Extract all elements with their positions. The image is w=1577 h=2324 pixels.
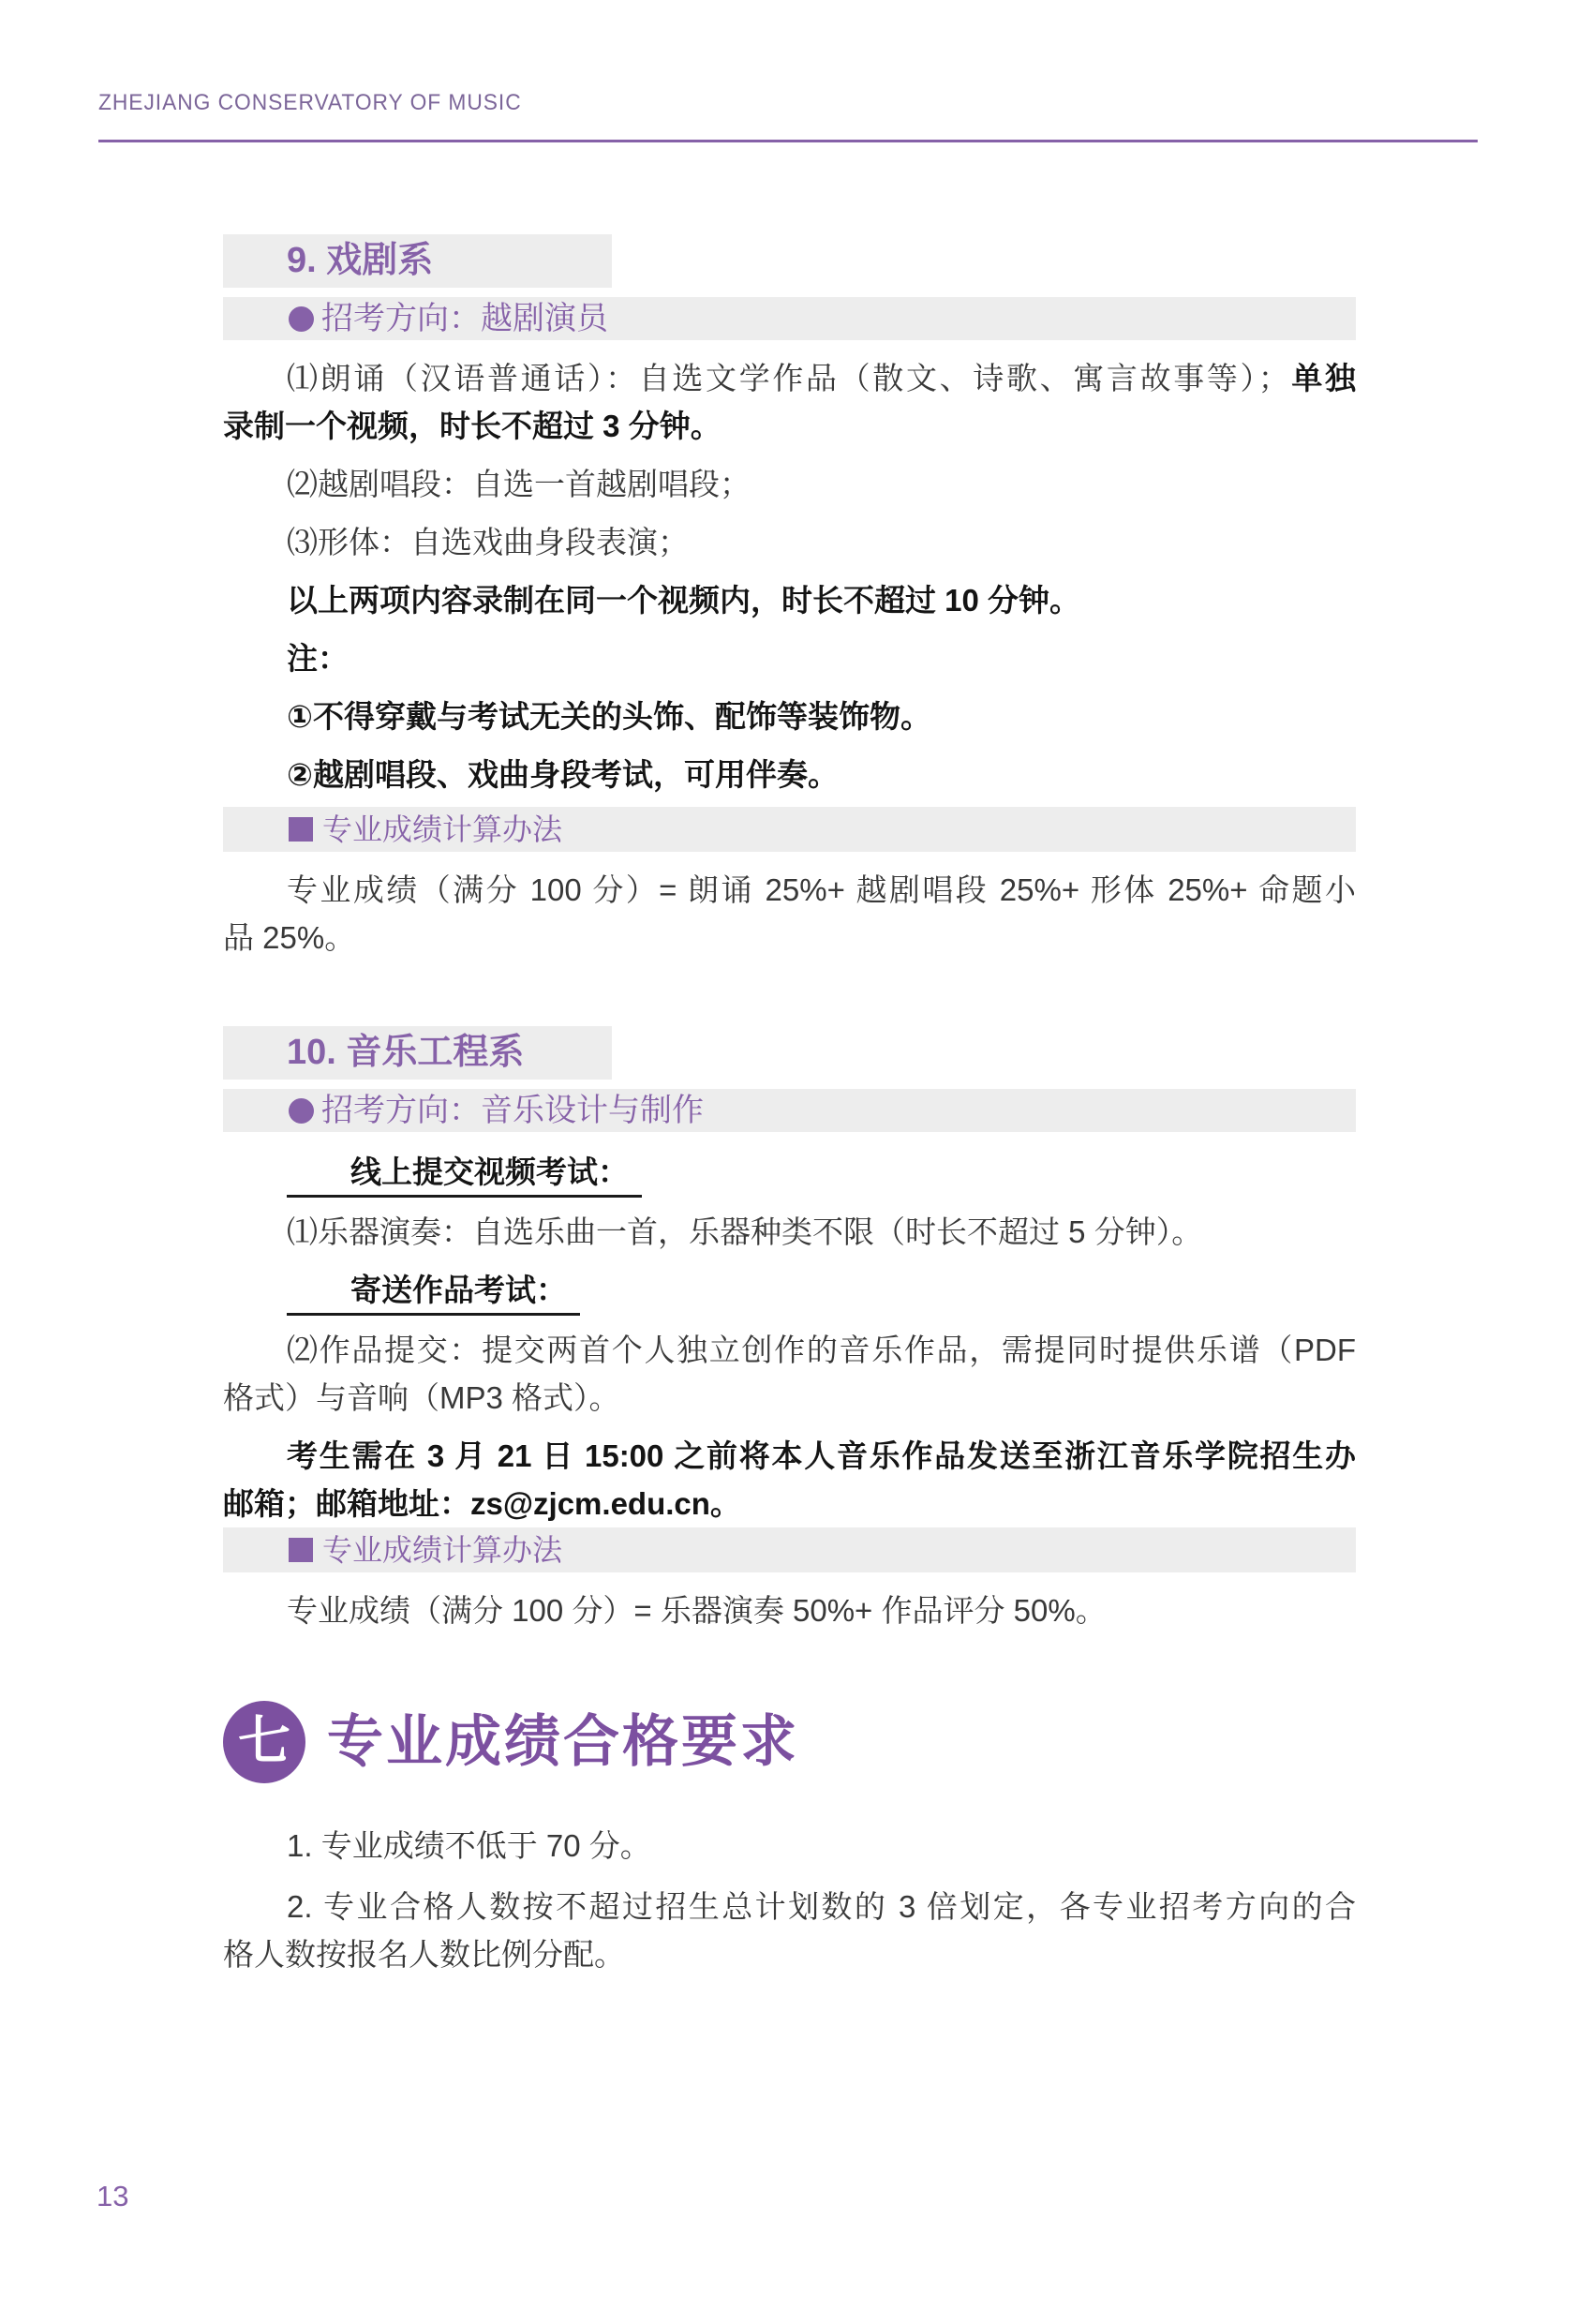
paragraph: 专业成绩（满分 100 分）= 朗诵 25%+ 越剧唱段 25%+ 形体 25%… [223,866,1356,961]
section10-direction-bar: 招考方向：音乐设计与制作 [223,1089,1356,1132]
section10-calc-bar: 专业成绩计算办法 [223,1527,1356,1572]
text-segment: 单独 [1289,361,1356,395]
content-column: 9. 戏剧系 招考方向：越剧演员 ⑴朗诵（汉语普通话）：自选文学作品（散文、诗歌… [223,234,1356,1978]
square-bullet-icon [289,817,313,842]
paragraph: 专业成绩（满分 100 分）= 乐器演奏 50%+ 作品评分 50%。 [223,1587,1356,1634]
text-line: 录制一个视频，时长不超过 3 分钟。 [223,402,1356,450]
section9-calc-bar: 专业成绩计算办法 [223,807,1356,852]
section9-calc-label: 专业成绩计算办法 [322,806,562,854]
text-line: ⑵作品提交：提交两首个人独立创作的音乐作品，需提同时提供乐谱（PDF [223,1326,1356,1374]
section10-calc-label: 专业成绩计算办法 [322,1527,562,1574]
section9-direction-label: 招考方向：越剧演员 [321,295,608,343]
header-rule [98,140,1478,142]
section9-paragraphs: ⑴朗诵（汉语普通话）：自选文学作品（散文、诗歌、寓言故事等）；单独录制一个视频，… [223,354,1356,798]
paragraph: 1. 专业成绩不低于 70 分。 [223,1822,1356,1870]
paragraph: 考生需在 3 月 21 日 15:00 之前将本人音乐作品发送至浙江音乐学院招生… [223,1432,1356,1527]
text-line: 2. 专业合格人数按不超过招生总计划数的 3 倍划定，各专业招考方向的合 [223,1883,1356,1930]
text-line: 注： [223,634,1356,682]
paragraph: ①不得穿戴与考试无关的头饰、配饰等装饰物。 [223,693,1356,740]
paragraph: 线上提交视频考试： [223,1148,1356,1198]
text-segment: 专业成绩（满分 100 分）= 朗诵 25%+ 越剧唱段 25%+ 形体 25%… [287,872,1356,907]
text-segment: ⑵作品提交：提交两首个人独立创作的音乐作品，需提同时提供乐谱（PDF [287,1333,1356,1367]
section7-items: 1. 专业成绩不低于 70 分。2. 专业合格人数按不超过招生总计划数的 3 倍… [223,1822,1356,1978]
text-line: 专业成绩（满分 100 分）= 乐器演奏 50%+ 作品评分 50%。 [223,1587,1356,1634]
section10-direction-label: 招考方向：音乐设计与制作 [321,1087,704,1135]
header-logo-text: ZHEJIANG CONSERVATORY OF MUSIC [98,90,522,116]
text-segment: 格式）与音响（MP3 格式）。 [223,1380,620,1415]
text-line: 专业成绩（满分 100 分）= 朗诵 25%+ 越剧唱段 25%+ 形体 25%… [223,866,1356,914]
text-line: 考生需在 3 月 21 日 15:00 之前将本人音乐作品发送至浙江音乐学院招生… [223,1432,1356,1480]
paragraph: 2. 专业合格人数按不超过招生总计划数的 3 倍划定，各专业招考方向的合格人数按… [223,1883,1356,1978]
text-segment: 邮箱；邮箱地址：zs@zjcm.edu.cn。 [223,1486,741,1521]
text-line: ②越剧唱段、戏曲身段考试，可用伴奏。 [223,751,1356,798]
text-segment: 以上两项内容录制在同一个视频内，时长不超过 10 分钟。 [287,583,1080,618]
text-segment: ①不得穿戴与考试无关的头饰、配饰等装饰物。 [287,699,931,734]
text-line: ①不得穿戴与考试无关的头饰、配饰等装饰物。 [223,693,1356,740]
text-segment: 品 25%。 [223,920,355,955]
text-line: ⑴乐器演奏：自选乐曲一首，乐器种类不限（时长不超过 5 分钟）。 [223,1208,1356,1256]
square-bullet-icon [289,1538,313,1562]
section9-title: 9. 戏剧系 [287,237,433,285]
paragraph: ⑶形体：自选戏曲身段表演； [223,518,1356,566]
text-segment: ②越剧唱段、戏曲身段考试，可用伴奏。 [287,757,839,792]
paragraph: 以上两项内容录制在同一个视频内，时长不超过 10 分钟。 [223,576,1356,624]
text-line: 邮箱；邮箱地址：zs@zjcm.edu.cn。 [223,1480,1356,1527]
text-segment: 格人数按报名人数比例分配。 [223,1937,625,1972]
text-line: 寄送作品考试： [223,1266,1356,1316]
underlined-heading-text: 线上提交视频考试： [287,1154,642,1198]
text-segment: 注： [287,641,349,676]
text-line: 1. 专业成绩不低于 70 分。 [223,1822,1356,1870]
text-segment: 2. 专业合格人数按不超过招生总计划数的 3 倍划定，各专业招考方向的合 [287,1889,1356,1924]
text-segment: 专业成绩（满分 100 分）= 乐器演奏 50%+ 作品评分 50%。 [287,1593,1107,1628]
paragraph: ⑴乐器演奏：自选乐曲一首，乐器种类不限（时长不超过 5 分钟）。 [223,1208,1356,1256]
text-segment: ⑴朗诵（汉语普通话）：自选文学作品（散文、诗歌、寓言故事等）； [287,361,1289,395]
text-line: 线上提交视频考试： [223,1148,1356,1198]
section9-title-box: 9. 戏剧系 [223,234,612,288]
section9-direction-bar: 招考方向：越剧演员 [223,297,1356,340]
paragraph: 注： [223,634,1356,682]
text-line: 品 25%。 [223,914,1356,961]
text-line: 以上两项内容录制在同一个视频内，时长不超过 10 分钟。 [223,576,1356,624]
section9-formula: 专业成绩（满分 100 分）= 朗诵 25%+ 越剧唱段 25%+ 形体 25%… [223,866,1356,961]
text-line: 格人数按报名人数比例分配。 [223,1930,1356,1978]
text-line: 格式）与音响（MP3 格式）。 [223,1374,1356,1422]
text-segment: ⑵越剧唱段：自选一首越剧唱段； [287,467,751,501]
paragraph: 寄送作品考试： [223,1266,1356,1316]
text-segment: 录制一个视频，时长不超过 3 分钟。 [223,409,722,443]
section7-title: 专业成绩合格要求 [327,1714,799,1770]
section7-number-badge-icon: 七 [223,1701,305,1783]
circle-bullet-icon [289,1098,314,1124]
document-page: ZHEJIANG CONSERVATORY OF MUSIC 9. 戏剧系 招考… [0,0,1577,2324]
section10-paragraphs: 线上提交视频考试：⑴乐器演奏：自选乐曲一首，乐器种类不限（时长不超过 5 分钟）… [223,1148,1356,1527]
text-segment: 考生需在 3 月 21 日 15:00 之前将本人音乐作品发送至浙江音乐学院招生… [287,1438,1356,1473]
section7-heading-row: 七 专业成绩合格要求 [223,1701,1356,1783]
page-number: 13 [97,2180,128,2213]
underlined-heading-text: 寄送作品考试： [287,1272,580,1316]
paragraph: ⑴朗诵（汉语普通话）：自选文学作品（散文、诗歌、寓言故事等）；单独录制一个视频，… [223,354,1356,450]
section10-formula: 专业成绩（满分 100 分）= 乐器演奏 50%+ 作品评分 50%。 [223,1587,1356,1634]
section10-title: 10. 音乐工程系 [287,1029,524,1077]
text-segment: ⑴乐器演奏：自选乐曲一首，乐器种类不限（时长不超过 5 分钟）。 [287,1214,1202,1249]
circle-bullet-icon [289,306,314,332]
text-line: ⑵越剧唱段：自选一首越剧唱段； [223,460,1356,508]
text-line: ⑴朗诵（汉语普通话）：自选文学作品（散文、诗歌、寓言故事等）；单独 [223,354,1356,402]
text-line: ⑶形体：自选戏曲身段表演； [223,518,1356,566]
paragraph: ⑵作品提交：提交两首个人独立创作的音乐作品，需提同时提供乐谱（PDF格式）与音响… [223,1326,1356,1422]
paragraph: ②越剧唱段、戏曲身段考试，可用伴奏。 [223,751,1356,798]
text-segment: 1. 专业成绩不低于 70 分。 [287,1828,651,1863]
text-segment: ⑶形体：自选戏曲身段表演； [287,525,689,559]
section10-title-box: 10. 音乐工程系 [223,1026,612,1080]
paragraph: ⑵越剧唱段：自选一首越剧唱段； [223,460,1356,508]
